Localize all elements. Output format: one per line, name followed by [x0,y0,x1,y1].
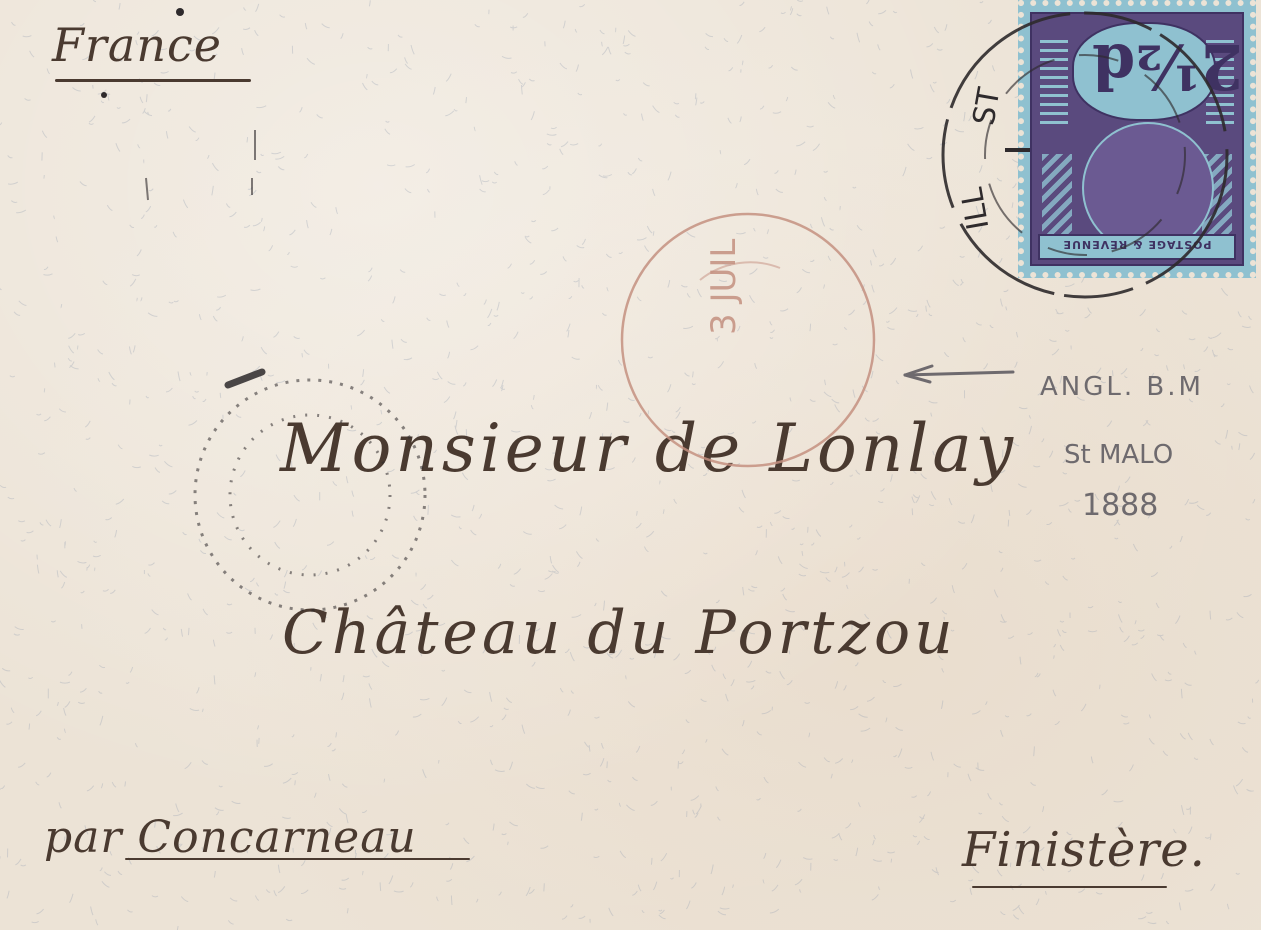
postmark-layer: ST ILL 3 JUIL [0,0,1261,930]
origin-postmark-text: ILL [955,184,997,232]
arrival-postmark [195,380,425,610]
pencil-arrow-icon [905,366,1013,382]
origin-postmark [943,13,1227,297]
red-postmark-date: 3 JUIL [704,239,744,335]
origin-postmark-text: ST [967,84,1008,128]
envelope: France Monsieur de Lonlay Château du Por… [0,0,1261,930]
red-transit-postmark [622,214,874,466]
